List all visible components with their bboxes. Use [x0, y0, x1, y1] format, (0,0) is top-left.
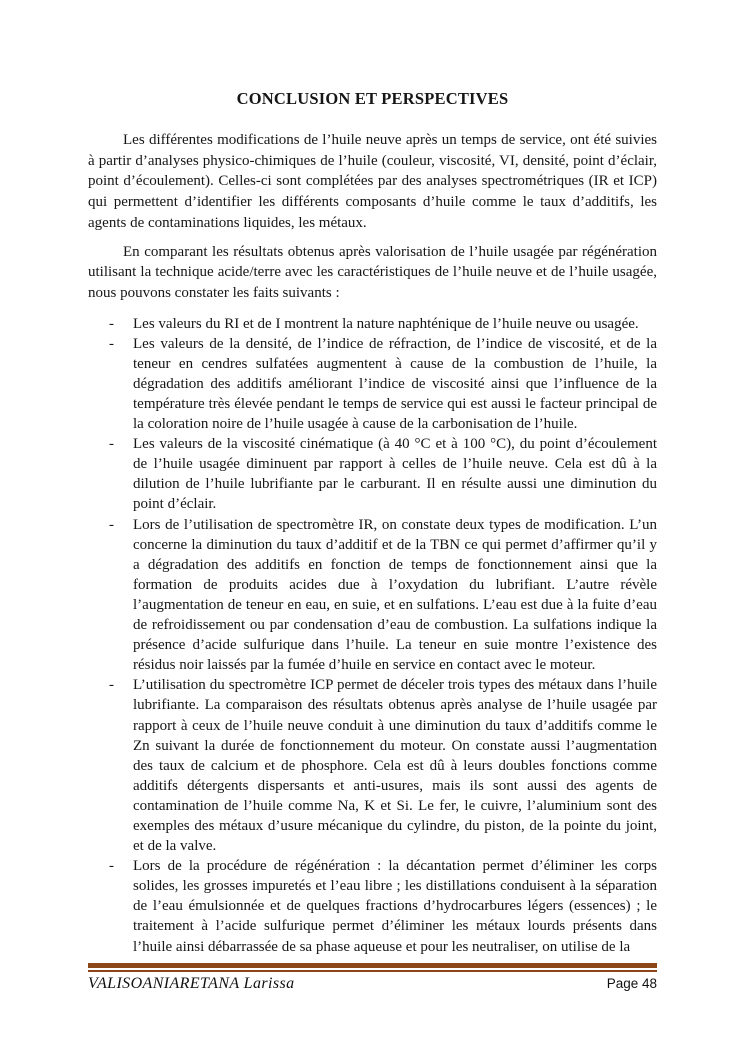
footer-rule: [88, 963, 657, 972]
paragraph-comparison: En comparant les résultats obtenus après…: [88, 242, 657, 304]
footer-rule-thin-line: [88, 970, 657, 972]
list-item-text: L’utilisation du spectromètre ICP permet…: [133, 677, 657, 854]
footer-author-name: VALISOANIARETANA Larissa: [88, 975, 295, 993]
dash-bullet-icon: -: [109, 434, 114, 454]
list-item: - Les valeurs du RI et de I montrent la …: [88, 314, 657, 334]
dash-bullet-icon: -: [109, 675, 114, 695]
dash-bullet-icon: -: [109, 856, 114, 876]
footer-page-number: Page 48: [607, 976, 657, 991]
bullet-list: - Les valeurs du RI et de I montrent la …: [88, 314, 657, 957]
list-item-text: Lors de la procédure de régénération : l…: [133, 858, 657, 954]
list-item-text: Lors de l’utilisation de spectromètre IR…: [133, 517, 657, 674]
list-item: - Lors de la procédure de régénération :…: [88, 856, 657, 956]
list-item: - Les valeurs de la densité, de l’indice…: [88, 334, 657, 434]
paragraph-intro: Les différentes modifications de l’huile…: [88, 130, 657, 234]
list-item: - Lors de l’utilisation de spectromètre …: [88, 515, 657, 676]
list-item-text: Les valeurs de la densité, de l’indice d…: [133, 336, 657, 432]
list-item: - Les valeurs de la viscosité cinématiqu…: [88, 434, 657, 514]
page-title: CONCLUSION ET PERSPECTIVES: [88, 88, 657, 110]
list-item-text: Les valeurs de la viscosité cinématique …: [133, 436, 657, 512]
dash-bullet-icon: -: [109, 515, 114, 535]
document-page: CONCLUSION ET PERSPECTIVES Les différent…: [0, 0, 745, 1053]
list-item: - L’utilisation du spectromètre ICP perm…: [88, 675, 657, 856]
page-footer: VALISOANIARETANA Larissa Page 48: [88, 975, 657, 993]
dash-bullet-icon: -: [109, 334, 114, 354]
footer-rule-thick-line: [88, 963, 657, 968]
document-body: CONCLUSION ET PERSPECTIVES Les différent…: [88, 88, 657, 957]
list-item-text: Les valeurs du RI et de I montrent la na…: [133, 316, 639, 332]
dash-bullet-icon: -: [109, 314, 114, 334]
